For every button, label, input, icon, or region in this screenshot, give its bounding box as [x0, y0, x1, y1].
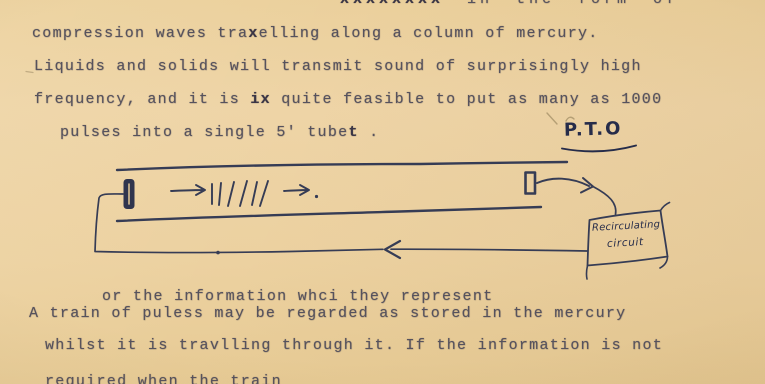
- tube-top-line: [117, 162, 567, 170]
- tube-bottom-line: [117, 207, 541, 221]
- margin-pencil-dash: [26, 72, 33, 73]
- pulse-marks: [212, 181, 268, 206]
- feedback-wire: [95, 194, 587, 253]
- pto-underline: [562, 146, 636, 152]
- output-curve: [537, 179, 589, 186]
- output-curve-into-box: [593, 187, 616, 215]
- right-transducer: [526, 173, 536, 194]
- recirculating-box: [588, 211, 668, 266]
- delay-line-diagram: [0, 0, 765, 384]
- wire-ink-dot: [216, 251, 220, 255]
- document-page: xxxxxxxx in the form of compression wave…: [0, 0, 765, 384]
- pulse-direction-arrow-right: [284, 185, 309, 195]
- pencil-marks: [547, 113, 574, 124]
- pulse-direction-arrow-left: [171, 185, 205, 195]
- arrow-period-dot: [315, 195, 318, 198]
